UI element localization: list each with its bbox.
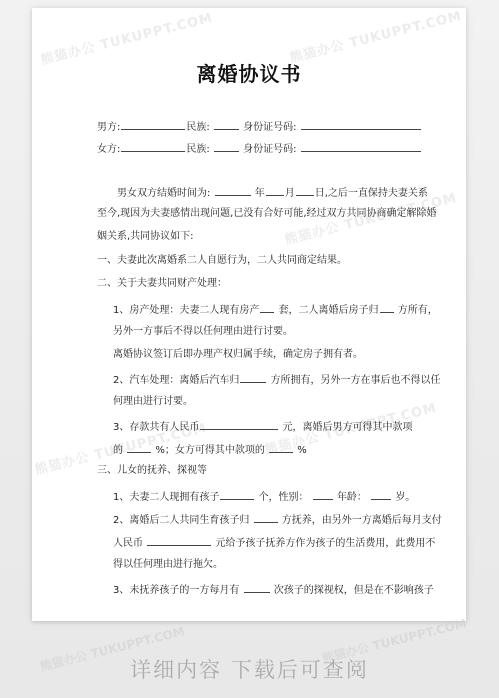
house-count-field[interactable] xyxy=(260,301,274,313)
clause-text: 2、离婚后二人共同生育孩子归 xyxy=(113,515,249,526)
clause-2-1: 1、房产处理：夫妻二人现有房产 套，二人离婚后房子归 方所有， xyxy=(113,301,438,318)
month-label: 月 xyxy=(285,188,295,199)
clause-text: 个，性别： xyxy=(259,492,309,503)
clause-2-3: 3、存款共有人民币 元，离婚后男方可得其中款项 xyxy=(113,418,413,435)
year-label: 年 xyxy=(255,188,265,199)
clause-text: %；女方可得其中款项的 xyxy=(155,445,265,456)
female-label: 女方: xyxy=(97,144,120,155)
clause-3-2-line2: 人民币 元给予孩子抚养方作为孩子的生活费用，此费用不 xyxy=(113,534,435,551)
male-ethnicity-field[interactable] xyxy=(214,118,239,130)
clause-3-2-line3: 得以任何理由进行拖欠。 xyxy=(113,558,223,572)
child-support-amount-field[interactable] xyxy=(147,534,211,546)
clause-text: 1、房产处理：夫妻二人现有房产 xyxy=(113,305,259,316)
clause-text: 元给予孩子抚养方作为孩子的生活费用，此费用不 xyxy=(215,538,435,549)
download-hint-text: 详细内容 下载后可查阅 xyxy=(0,654,499,684)
intro-line-3: 姻关系,共同协议如下: xyxy=(97,230,194,244)
clause-2-3-line2: 的 %；女方可得其中款项的 % xyxy=(113,441,307,458)
female-name-field[interactable] xyxy=(121,140,185,152)
document-page: 熊猫办公 TUKUPPT.COM 熊猫办公 TUKUPPT.COM 熊猫办公 T… xyxy=(32,8,466,621)
ethnicity-label: 民族: xyxy=(186,144,209,155)
clause-text: 2、汽车处理：离婚后汽车归 xyxy=(113,375,239,386)
clause-text: 3、未抚养孩子的一方每月有 xyxy=(113,585,239,596)
clause-text: 岁。 xyxy=(395,492,415,503)
clause-2-2: 2、汽车处理：离婚后汽车归 方所拥有，另外一方在事后也不得以任 xyxy=(113,371,441,388)
male-label: 男方: xyxy=(97,122,120,133)
section-1: 一、夫妻此次离婚系二人自愿行为，二人共同商定结果。 xyxy=(97,254,347,268)
clause-2-1-line2: 另外一方事后不得以任何理由进行讨要。 xyxy=(113,325,293,339)
clause-text: 方所拥有，另外一方在事后也不得以任 xyxy=(271,375,441,386)
clause-text: 3、存款共有人民币 xyxy=(113,422,199,433)
party-row-female: 女方:民族: 身份证号码: xyxy=(97,140,422,157)
marriage-month-field[interactable] xyxy=(266,184,284,196)
clause-text: 套，二人离婚后房子归 xyxy=(279,305,379,316)
id-number-label: 身份证号码: xyxy=(243,144,296,155)
car-owner-field[interactable] xyxy=(240,371,266,383)
intro-line-1: 男女双方结婚时间为: 年月日,之后一直保持夫妻关系 xyxy=(117,184,428,201)
male-id-field[interactable] xyxy=(301,118,421,130)
clause-text: % xyxy=(297,445,307,456)
male-percent-field[interactable] xyxy=(127,441,151,453)
female-ethnicity-field[interactable] xyxy=(214,140,239,152)
intro-text: 日,之后一直保持夫妻关系 xyxy=(315,188,428,199)
clause-3-2: 2、离婚后二人共同生育孩子归 方抚养，由另外一方离婚后每月支付 xyxy=(113,511,442,528)
section-2-heading: 二、关于夫妻共同财产处理： xyxy=(97,277,227,291)
intro-text: 男女双方结婚时间为: xyxy=(117,188,210,199)
clause-text: 方所有， xyxy=(398,305,438,316)
female-id-field[interactable] xyxy=(301,140,421,152)
visitation-count-field[interactable] xyxy=(244,581,270,593)
child-gender-field[interactable] xyxy=(313,488,333,500)
clause-text: 次孩子的探视权，但是在不影响孩子 xyxy=(274,585,434,596)
party-row-male: 男方:民族: 身份证号码: xyxy=(97,118,422,135)
intro-line-2: 至今,现因为夫妻感情出现问题,已没有合好可能,经过双方共同协商确定解除婚 xyxy=(97,207,437,221)
clause-text: 方抚养，由另外一方离婚后每月支付 xyxy=(282,515,442,526)
child-age-field[interactable] xyxy=(371,488,391,500)
custody-field[interactable] xyxy=(254,511,278,523)
male-name-field[interactable] xyxy=(121,118,185,130)
document-title: 离婚协议书 xyxy=(32,58,466,87)
id-number-label: 身份证号码: xyxy=(243,122,296,133)
clause-2-2-line2: 何理由进行讨要。 xyxy=(113,395,193,409)
ethnicity-label: 民族: xyxy=(186,122,209,133)
clause-2-1-line3: 离婚协议签订后即办理产权归属手续，确定房子拥有者。 xyxy=(113,348,363,362)
clause-text: 人民币 xyxy=(113,538,143,549)
house-owner-field[interactable] xyxy=(380,301,394,313)
marriage-year-field[interactable] xyxy=(215,184,251,196)
female-percent-field[interactable] xyxy=(269,441,293,453)
clause-text: 1、夫妻二人现拥有孩子 xyxy=(113,492,219,503)
clause-3-1: 1、夫妻二人现拥有孩子 个，性别： 年龄： 岁。 xyxy=(113,488,415,505)
clause-text: 的 xyxy=(113,445,123,456)
clause-text: 元，离婚后男方可得其中款项 xyxy=(283,422,413,433)
children-count-field[interactable] xyxy=(220,488,254,500)
section-3-heading: 三、儿女的抚养、探视等 xyxy=(97,464,207,478)
clause-3-3: 3、未抚养孩子的一方每月有 次孩子的探视权，但是在不影响孩子 xyxy=(113,581,434,598)
clause-text: 年龄： xyxy=(337,492,367,503)
savings-amount-field[interactable] xyxy=(200,418,278,430)
marriage-day-field[interactable] xyxy=(296,184,314,196)
